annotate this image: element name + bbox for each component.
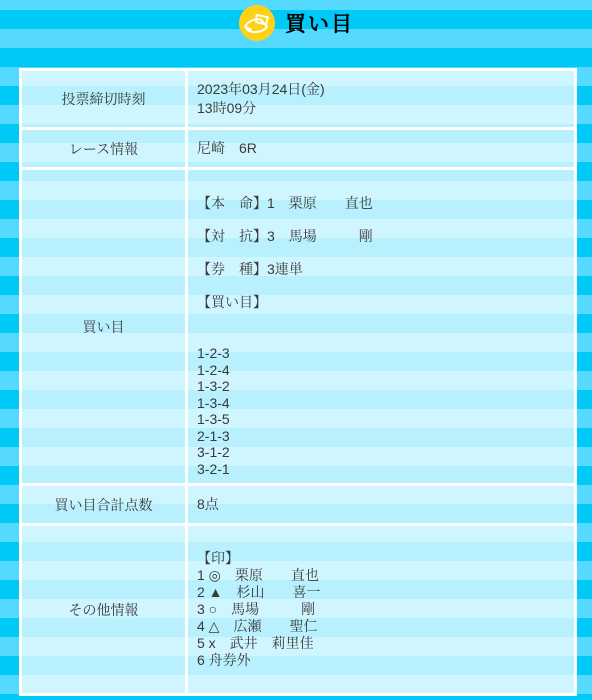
mark-line: 3 ○ 馬場 剛 [197,601,574,618]
pick-taikou: 【対 抗】3 馬場 剛 [197,229,574,243]
deadline-date: 2023年03月24日(金) [197,80,574,99]
bet-number: 1-3-2 [197,378,574,395]
pick-kenshu: 【券 種】3連単 [197,262,574,276]
row-value-race-info: 尼崎 6R [188,130,574,167]
table-row-race-info: レース情報 尼崎 6R [22,127,574,167]
bet-number: 1-3-4 [197,395,574,412]
info-panel: 投票締切時刻 2023年03月24日(金) 13時09分 レース情報 尼崎 6R… [19,68,577,696]
mark-line: 2 ▲ 杉山 喜一 [197,584,574,601]
row-label-picks: 買い目 [22,170,188,483]
bet-number: 1-2-3 [197,345,574,362]
bet-number: 3-1-2 [197,444,574,461]
table-row-deadline: 投票締切時刻 2023年03月24日(金) 13時09分 [22,71,574,127]
row-value-picks: 【本 命】1 栗原 直也 【対 抗】3 馬場 剛 【券 種】3連単 【買い目】 … [188,170,574,483]
row-label-race-info: レース情報 [22,130,188,167]
pick-kaime-header: 【買い目】 [197,295,574,309]
bet-number: 1-3-5 [197,411,574,428]
pick-honmei: 【本 命】1 栗原 直也 [197,196,574,210]
bet-number: 2-1-3 [197,428,574,445]
table-row-other-info: その他情報 【印】 1 ◎ 栗原 直也 2 ▲ 杉山 喜一 3 ○ 馬場 剛 4… [22,523,574,693]
marks-header: 【印】 [197,550,574,567]
row-value-deadline: 2023年03月24日(金) 13時09分 [188,71,574,127]
page-header: 買い目 [0,3,592,43]
row-value-total-points: 8点 [188,486,574,523]
speedboat-icon [238,4,276,42]
deadline-time: 13時09分 [197,99,574,118]
mark-line: 1 ◎ 栗原 直也 [197,567,574,584]
row-label-other-info: その他情報 [22,526,188,693]
mark-line: 6 舟券外 [197,652,574,669]
page-background: { "header": { "title": "買い目", "icon": "s… [0,0,592,700]
bet-number: 1-2-4 [197,362,574,379]
row-label-deadline: 投票締切時刻 [22,71,188,127]
table-row-total-points: 買い目合計点数 8点 [22,483,574,523]
bet-number-list: 1-2-3 1-2-4 1-3-2 1-3-4 1-3-5 2-1-3 3-1-… [197,345,574,477]
row-label-total-points: 買い目合計点数 [22,486,188,523]
bet-number: 3-2-1 [197,461,574,478]
total-points-value: 8点 [197,495,574,514]
page-title: 買い目 [285,12,354,35]
race-name: 尼崎 6R [197,139,574,158]
table-row-picks: 買い目 【本 命】1 栗原 直也 【対 抗】3 馬場 剛 【券 種】3連単 【買… [22,167,574,483]
mark-line: 5 x 武井 莉里佳 [197,635,574,652]
row-value-other-info: 【印】 1 ◎ 栗原 直也 2 ▲ 杉山 喜一 3 ○ 馬場 剛 4 △ 広瀬 … [188,526,574,693]
mark-line: 4 △ 広瀬 聖仁 [197,618,574,635]
